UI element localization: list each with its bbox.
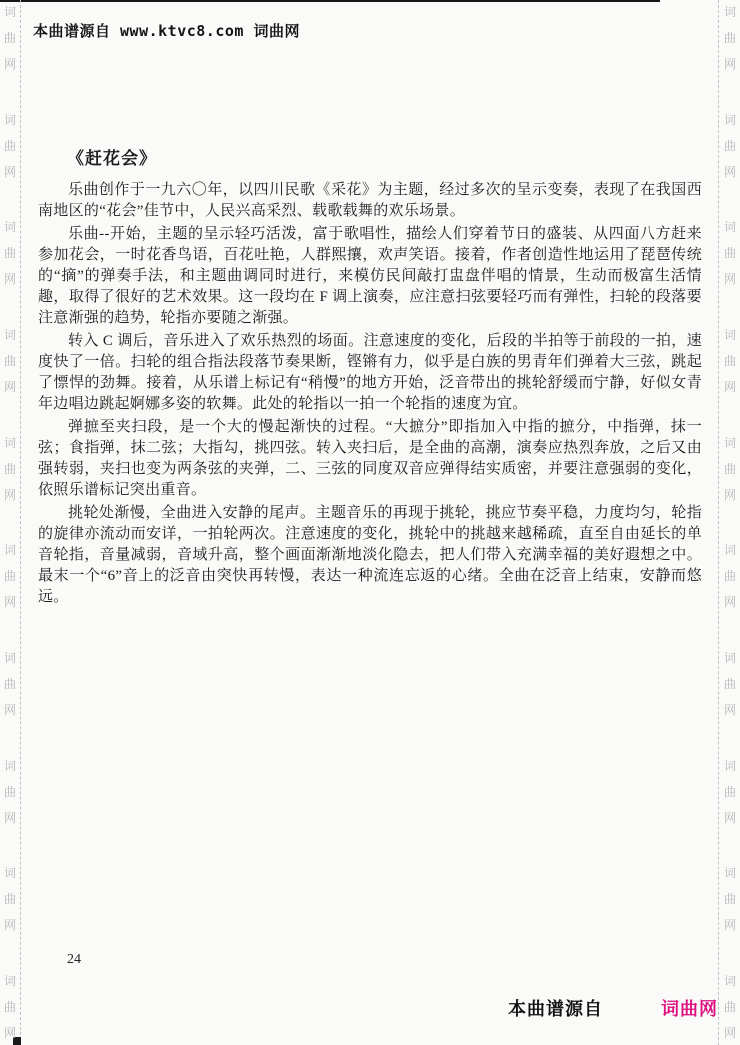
- side-watermark-group: 词曲网: [0, 975, 20, 1039]
- side-watermark-group: 词曲网: [0, 114, 20, 178]
- side-watermark-char: 曲: [4, 463, 16, 475]
- side-watermark-char: 词: [4, 760, 16, 772]
- side-watermark-char: 网: [724, 1027, 736, 1039]
- side-watermark-char: 曲: [724, 570, 736, 582]
- side-watermark-group: 词曲网: [0, 544, 20, 608]
- side-watermark-char: 网: [4, 704, 16, 716]
- left-watermark-column: 词曲网词曲网词曲网词曲网词曲网词曲网词曲网词曲网词曲网词曲网: [0, 0, 20, 1045]
- side-watermark-group: 词曲网: [720, 221, 740, 285]
- side-watermark-char: 网: [724, 596, 736, 608]
- side-watermark-char: 曲: [4, 355, 16, 367]
- side-watermark-char: 词: [724, 6, 736, 18]
- side-watermark-char: 词: [724, 437, 736, 449]
- side-watermark-char: 词: [724, 221, 736, 233]
- side-watermark-char: 网: [724, 273, 736, 285]
- side-watermark-char: 曲: [4, 786, 16, 798]
- left-dashed-rule: [20, 0, 21, 1045]
- side-watermark-group: 词曲网: [720, 544, 740, 608]
- side-watermark-char: 曲: [4, 570, 16, 582]
- description-text: 乐曲创作于一九六〇年，以四川民歌《采花》为主题，经过多次的呈示变奏，表现了在我国…: [38, 180, 702, 610]
- side-watermark-char: 曲: [724, 247, 736, 259]
- side-watermark-group: 词曲网: [0, 6, 20, 70]
- side-watermark-char: 网: [724, 489, 736, 501]
- side-watermark-char: 词: [4, 652, 16, 664]
- side-watermark-char: 网: [724, 812, 736, 824]
- side-watermark-char: 曲: [4, 140, 16, 152]
- side-watermark-group: 词曲网: [720, 652, 740, 716]
- right-dashed-rule: [718, 0, 719, 1045]
- side-watermark-group: 词曲网: [720, 329, 740, 393]
- side-watermark-char: 词: [724, 544, 736, 556]
- side-watermark-char: 网: [4, 489, 16, 501]
- side-watermark-char: 曲: [724, 893, 736, 905]
- side-watermark-group: 词曲网: [720, 975, 740, 1039]
- side-watermark-char: 曲: [4, 893, 16, 905]
- side-watermark-char: 曲: [724, 678, 736, 690]
- side-watermark-char: 曲: [4, 678, 16, 690]
- side-watermark-char: 词: [724, 114, 736, 126]
- side-watermark-group: 词曲网: [720, 437, 740, 501]
- page-number: 24: [67, 952, 81, 968]
- side-watermark-char: 网: [4, 58, 16, 70]
- side-watermark-group: 词曲网: [720, 6, 740, 70]
- side-watermark-group: 词曲网: [0, 437, 20, 501]
- side-watermark-group: 词曲网: [0, 329, 20, 393]
- side-watermark-char: 词: [4, 437, 16, 449]
- side-watermark-char: 网: [4, 166, 16, 178]
- side-watermark-char: 曲: [4, 1001, 16, 1013]
- side-watermark-char: 网: [4, 273, 16, 285]
- side-watermark-char: 曲: [724, 355, 736, 367]
- side-watermark-group: 词曲网: [0, 221, 20, 285]
- side-watermark-char: 词: [724, 867, 736, 879]
- side-watermark-char: 网: [4, 919, 16, 931]
- side-watermark-char: 曲: [724, 32, 736, 44]
- side-watermark-char: 词: [4, 221, 16, 233]
- top-source-watermark: 本曲谱源自 www.ktvc8.com 词曲网: [33, 20, 300, 41]
- paragraph-5: 挑轮处渐慢，全曲进入安静的尾声。主题音乐的再现于挑轮，挑应节奏平稳，力度均匀，轮…: [38, 503, 702, 608]
- side-watermark-char: 网: [724, 381, 736, 393]
- side-watermark-char: 曲: [4, 32, 16, 44]
- side-watermark-char: 词: [724, 975, 736, 987]
- piece-title: 《赶花会》: [67, 144, 157, 169]
- side-watermark-char: 曲: [4, 247, 16, 259]
- side-watermark-char: 曲: [724, 463, 736, 475]
- side-watermark-char: 词: [724, 652, 736, 664]
- paragraph-2: 乐曲--开始，主题的呈示轻巧活泼，富于歌唱性，描绘人们穿着节日的盛装、从四面八方…: [38, 224, 702, 329]
- paragraph-3: 转入 C 调后，音乐进入了欢乐热烈的场面。注意速度的变化，后段的半拍等于前段的一…: [38, 331, 702, 415]
- side-watermark-char: 网: [4, 812, 16, 824]
- side-watermark-char: 网: [4, 1027, 16, 1039]
- side-watermark-group: 词曲网: [720, 114, 740, 178]
- side-watermark-char: 网: [724, 166, 736, 178]
- footer-source-label: 本曲谱源自: [508, 999, 603, 1019]
- side-watermark-char: 词: [4, 544, 16, 556]
- side-watermark-char: 曲: [724, 786, 736, 798]
- side-watermark-char: 网: [724, 58, 736, 70]
- side-watermark-char: 词: [724, 329, 736, 341]
- side-watermark-char: 网: [4, 381, 16, 393]
- paragraph-1: 乐曲创作于一九六〇年，以四川民歌《采花》为主题，经过多次的呈示变奏，表现了在我国…: [38, 180, 702, 222]
- side-watermark-char: 曲: [724, 1001, 736, 1013]
- side-watermark-char: 网: [724, 919, 736, 931]
- side-watermark-char: 词: [4, 114, 16, 126]
- side-watermark-char: 词: [4, 329, 16, 341]
- side-watermark-group: 词曲网: [0, 652, 20, 716]
- side-watermark-char: 词: [4, 975, 16, 987]
- side-watermark-char: 网: [4, 596, 16, 608]
- side-watermark-group: 词曲网: [0, 867, 20, 931]
- side-watermark-group: 词曲网: [0, 760, 20, 824]
- side-watermark-group: 词曲网: [720, 867, 740, 931]
- right-watermark-column: 词曲网词曲网词曲网词曲网词曲网词曲网词曲网词曲网词曲网词曲网: [720, 0, 740, 1045]
- side-watermark-char: 词: [4, 6, 16, 18]
- side-watermark-char: 词: [4, 867, 16, 879]
- scan-artifact-top-line: [0, 0, 660, 2]
- footer-watermark: 本曲谱源自词曲网: [508, 995, 718, 1021]
- scanned-document-page: 词曲网词曲网词曲网词曲网词曲网词曲网词曲网词曲网词曲网词曲网 词曲网词曲网词曲网…: [0, 0, 740, 1045]
- side-watermark-group: 词曲网: [720, 760, 740, 824]
- side-watermark-char: 曲: [724, 140, 736, 152]
- paragraph-4: 弹摭至夹扫段，是一个大的慢起渐快的过程。“大摭分”即指加入中指的摭分，中指弹，抹…: [38, 417, 702, 501]
- side-watermark-char: 网: [724, 704, 736, 716]
- footer-site-name: 词曲网: [661, 999, 718, 1019]
- side-watermark-char: 词: [724, 760, 736, 772]
